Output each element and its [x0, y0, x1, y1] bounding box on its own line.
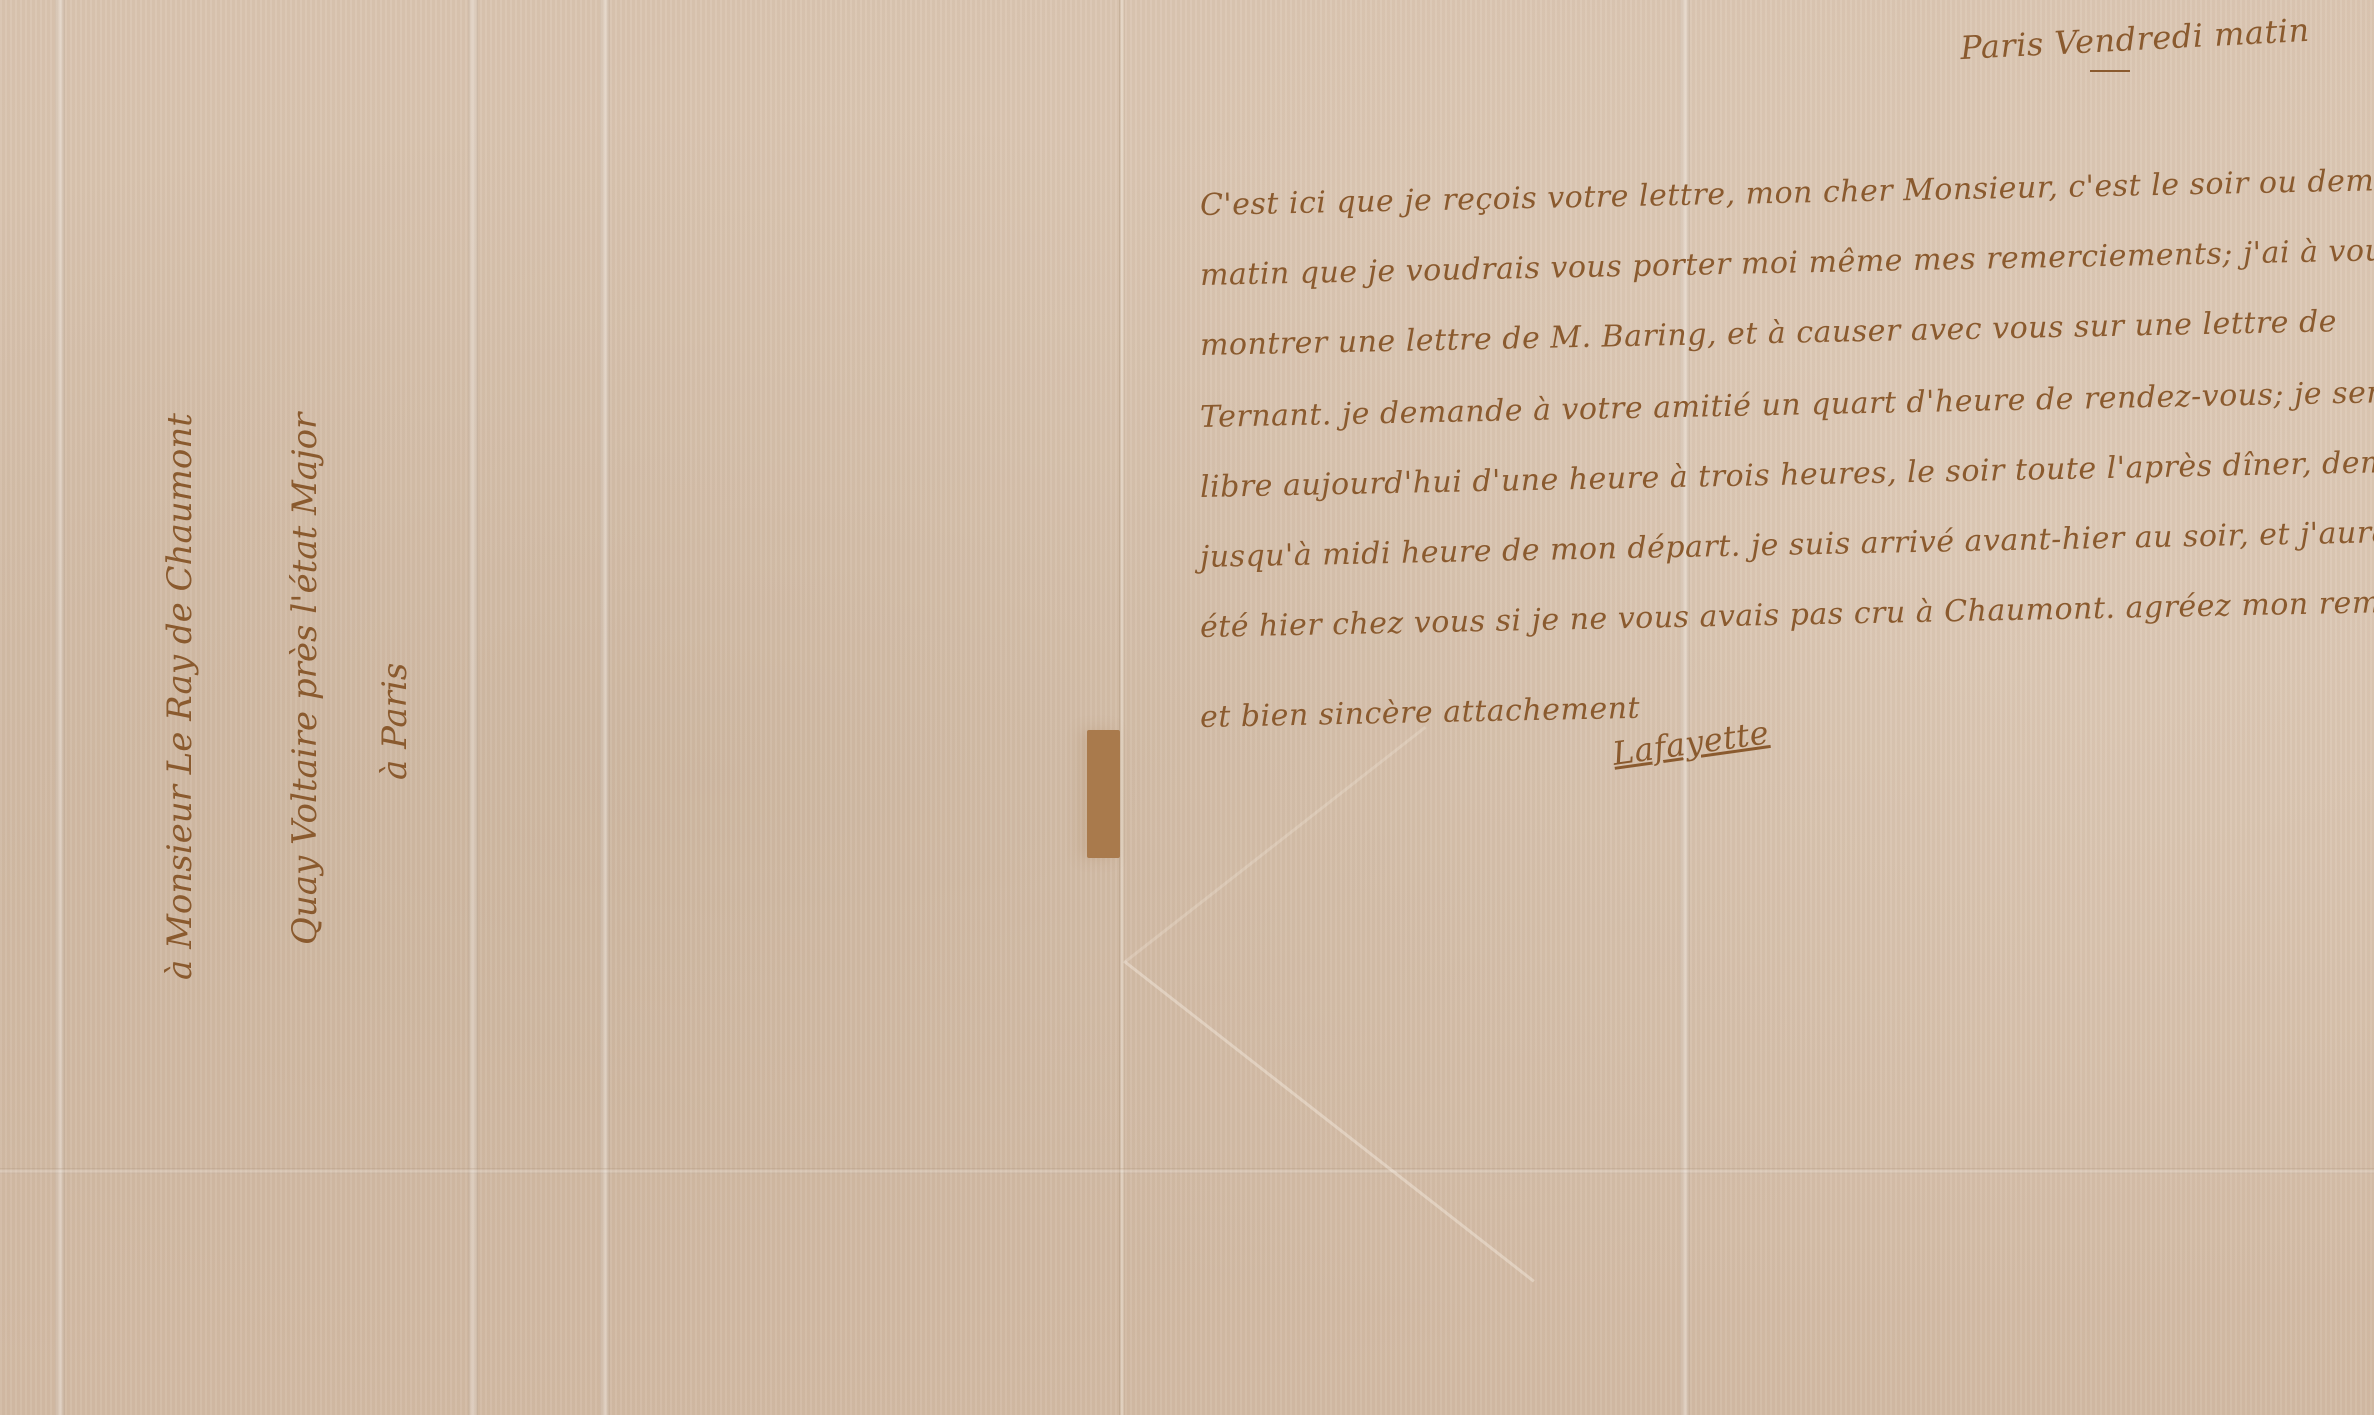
address-line-3: à Paris	[375, 663, 415, 780]
seal-stain	[1087, 730, 1120, 858]
letter-sheet: à Monsieur Le Ray de Chaumont Quay Volta…	[0, 0, 2374, 1415]
horizontal-fold	[0, 1168, 2374, 1174]
address-line-1: à Monsieur Le Ray de Chaumont	[160, 413, 200, 980]
center-fold	[1119, 0, 1125, 1415]
fold-line	[468, 0, 478, 1415]
letter-line: et bien sincère attachement	[1200, 691, 1641, 735]
letter-line: libre aujourd'hui d'une heure à trois he…	[1200, 444, 2374, 505]
diagonal-crease	[1123, 960, 1535, 1283]
letter-line: Ternant. je demande à votre amitié un qu…	[1200, 375, 2374, 435]
fold-line	[600, 0, 610, 1415]
fold-line	[55, 0, 65, 1415]
address-line-2: Quay Voltaire près l'état Major	[285, 413, 325, 945]
dateline: Paris Vendredi matin	[1959, 11, 2310, 67]
letter-line: jusqu'à midi heure de mon départ. je sui…	[1200, 515, 2374, 575]
letter-line: été hier chez vous si je ne vous avais p…	[1200, 582, 2374, 645]
letter-line: montrer une lettre de M. Baring, et à ca…	[1200, 304, 2338, 363]
letter-line: C'est ici que je reçois votre lettre, mo…	[1200, 162, 2374, 223]
diagonal-crease	[1125, 726, 1426, 962]
dateline-underline	[2090, 70, 2130, 72]
letter-line: matin que je voudrais vous porter moi mê…	[1200, 233, 2374, 293]
